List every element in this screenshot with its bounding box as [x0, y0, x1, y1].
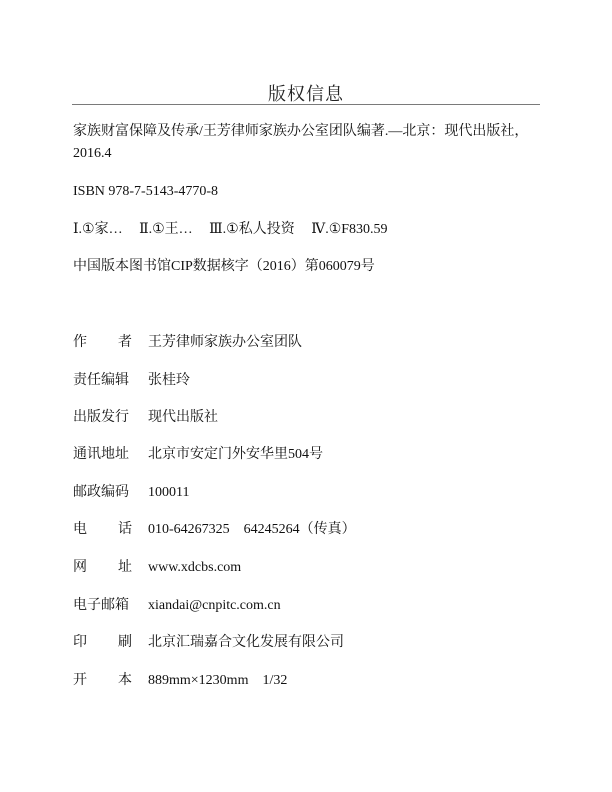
- info-label: 电子邮箱: [73, 595, 132, 617]
- info-row-author: 作 者 王芳律师家族办公室团队: [73, 332, 302, 354]
- info-row-phone: 电 话 010-64267325 64245264（传真）: [73, 519, 356, 541]
- info-value: 100011: [148, 482, 189, 504]
- info-value: 北京汇瑞嘉合文化发展有限公司: [148, 632, 344, 654]
- classification-line: Ⅰ.①家… Ⅱ.①王… Ⅲ.①私人投资 Ⅳ.①F830.59: [73, 219, 541, 241]
- classification-item: Ⅱ.①王…: [139, 222, 193, 237]
- email-link[interactable]: xiandai@cnpitc.com.cn: [148, 595, 281, 617]
- info-value: 889mm×1230mm 1/32: [148, 670, 287, 692]
- info-value: 现代出版社: [148, 407, 218, 429]
- label-char: 本: [118, 670, 132, 692]
- label-char: 作: [73, 332, 87, 354]
- label-char: 印: [73, 632, 87, 654]
- info-value: 张桂玲: [148, 370, 190, 392]
- classification-item: Ⅰ.①家…: [73, 222, 123, 237]
- info-row-postcode: 邮政编码 100011: [73, 482, 189, 504]
- label-char: 者: [118, 332, 132, 354]
- cataloging-citation: 家族财富保障及传承/王芳律师家族办公室团队编著.—北京：现代出版社，2016.4: [73, 121, 541, 165]
- label-char: 开: [73, 670, 87, 692]
- label-char: 话: [118, 519, 132, 541]
- info-row-printer: 印 刷 北京汇瑞嘉合文化发展有限公司: [73, 632, 344, 654]
- info-label: 印 刷: [73, 632, 132, 654]
- label-char: 刷: [118, 632, 132, 654]
- classification-item: Ⅳ.①F830.59: [311, 222, 387, 237]
- info-label: 邮政编码: [73, 482, 132, 504]
- label-char: 电: [73, 519, 87, 541]
- label-char: 址: [118, 557, 132, 579]
- info-row-format: 开 本 889mm×1230mm 1/32: [73, 670, 287, 692]
- info-row-email: 电子邮箱 xiandai@cnpitc.com.cn: [73, 595, 281, 617]
- title-divider: [72, 104, 540, 105]
- info-row-editor: 责任编辑 张桂玲: [73, 370, 190, 392]
- page-title: 版权信息: [72, 80, 540, 106]
- info-value: 北京市安定门外安华里504号: [148, 444, 323, 466]
- info-row-website: 网 址 www.xdcbs.com: [73, 557, 241, 579]
- label-char: 网: [73, 557, 87, 579]
- info-value: 王芳律师家族办公室团队: [148, 332, 302, 354]
- info-label: 电 话: [73, 519, 132, 541]
- info-label: 作 者: [73, 332, 132, 354]
- website-link[interactable]: www.xdcbs.com: [148, 557, 241, 579]
- info-label: 出版发行: [73, 407, 132, 429]
- isbn: ISBN 978-7-5143-4770-8: [73, 181, 541, 203]
- info-label: 通讯地址: [73, 444, 132, 466]
- info-row-address: 通讯地址 北京市安定门外安华里504号: [73, 444, 323, 466]
- info-label: 开 本: [73, 670, 132, 692]
- info-label: 网 址: [73, 557, 132, 579]
- info-label: 责任编辑: [73, 370, 132, 392]
- info-row-publisher: 出版发行 现代出版社: [73, 407, 218, 429]
- classification-item: Ⅲ.①私人投资: [209, 222, 295, 237]
- info-value: 010-64267325 64245264（传真）: [148, 519, 356, 541]
- cip-record: 中国版本图书馆CIP数据核字（2016）第060079号: [73, 256, 541, 278]
